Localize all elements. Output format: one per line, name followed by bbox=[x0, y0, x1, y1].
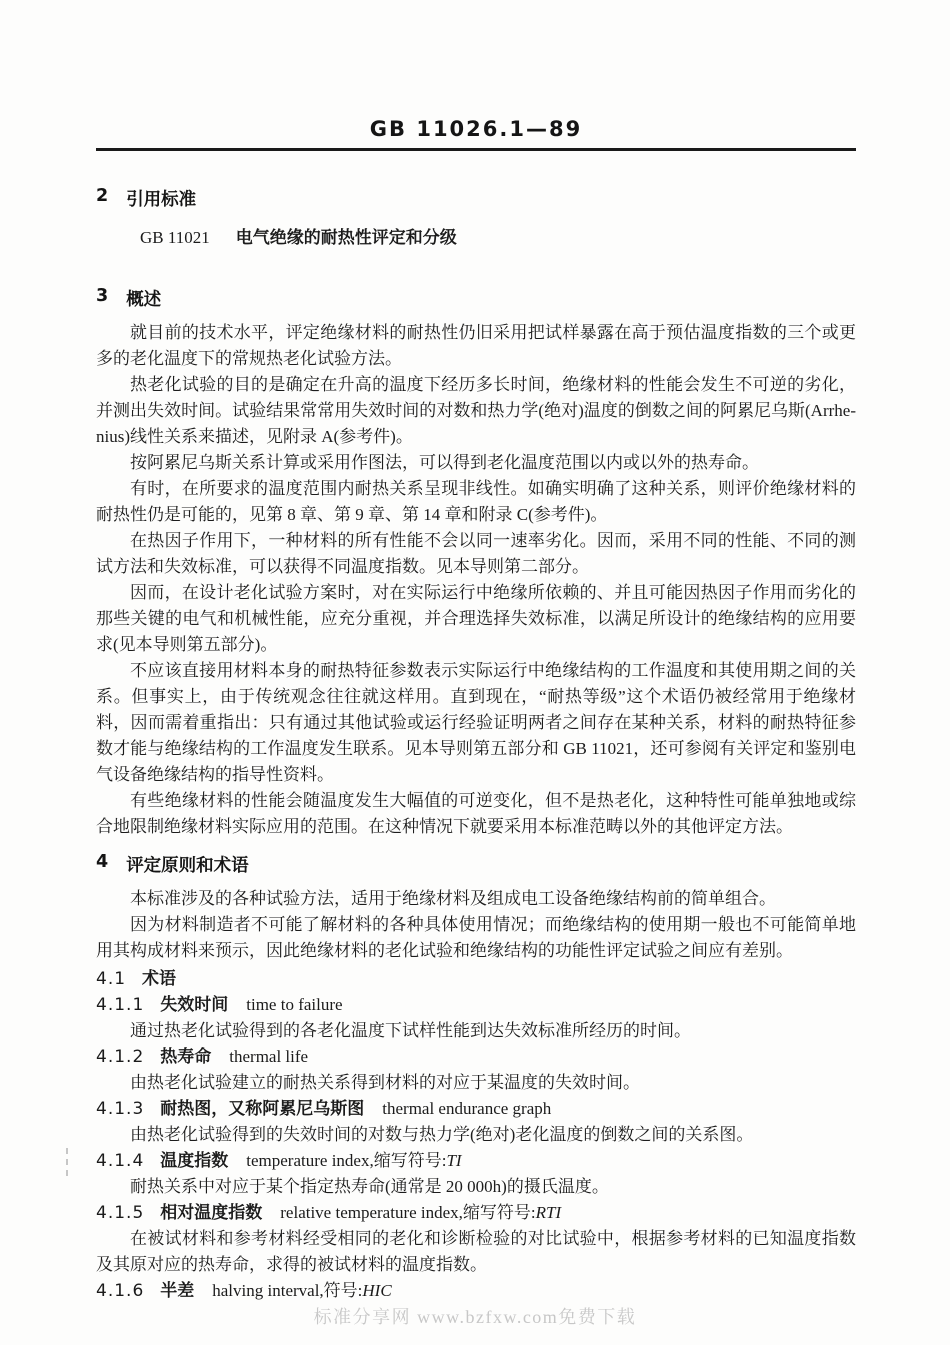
term-entry-heading: 4.1.5 相对温度指数 relative temperature index,… bbox=[96, 1200, 856, 1226]
term-number: 4.1.3 bbox=[96, 1096, 144, 1122]
referenced-standard-title: 电气绝缘的耐热性评定和分级 bbox=[236, 228, 457, 247]
section-4-body: 本标准涉及的各种试验方法，适用于绝缘材料及组成电工设备绝缘结构前的简单组合。 因… bbox=[96, 886, 856, 964]
paragraph: 在热因子作用下，一种材料的所有性能不会以同一速率劣化。因而，采用不同的性能、不同… bbox=[96, 528, 856, 580]
paragraph: 本标准涉及的各种试验方法，适用于绝缘材料及组成电工设备绝缘结构前的简单组合。 bbox=[96, 886, 856, 912]
term-entry-heading: 4.1.2 热寿命 thermal life bbox=[96, 1044, 856, 1070]
term-chinese: 失效时间 bbox=[160, 992, 228, 1018]
paragraph: 因为材料制造者不可能了解材料的各种具体使用情况；而绝缘结构的使用期一般也不可能简… bbox=[96, 912, 856, 964]
clause-4-1-heading: 4.1 术语 bbox=[96, 966, 856, 992]
term-definition: 通过热老化试验得到的各老化温度下试样性能到达失效标准所经历的时间。 bbox=[96, 1018, 856, 1044]
term-definition: 在被试材料和参考材料经受相同的老化和诊断检验的对比试验中，根据参考材料的已知温度… bbox=[96, 1226, 856, 1278]
paragraph: 因而，在设计老化试验方案时，对在实际运行中绝缘所依赖的、并且可能因热因子作用而劣… bbox=[96, 580, 856, 658]
term-number: 4.1.2 bbox=[96, 1044, 144, 1070]
term-symbol: HIC bbox=[362, 1278, 391, 1304]
term-number: 4.1.4 bbox=[96, 1148, 144, 1174]
header-rule bbox=[96, 148, 856, 151]
clause-4-1-number: 4.1 bbox=[96, 966, 126, 992]
term-english: temperature index,缩写符号: bbox=[246, 1148, 446, 1174]
section-4-title: 评定原则和术语 bbox=[126, 852, 249, 877]
page-content: GB 11026.1—89 2 引用标准 GB 11021电气绝缘的耐热性评定和… bbox=[96, 0, 856, 1304]
term-chinese: 半差 bbox=[160, 1278, 194, 1304]
watermark: 标准分享网 www.bzfxw.com免费下载 bbox=[0, 1303, 950, 1329]
paragraph: 热老化试验的目的是确定在升高的温度下经历多长时间，绝缘材料的性能会发生不可逆的劣… bbox=[96, 372, 856, 450]
term-definition: 由热老化试验建立的耐热关系得到材料的对应于某温度的失效时间。 bbox=[96, 1070, 856, 1096]
term-symbol: TI bbox=[446, 1148, 461, 1174]
term-entry-heading: 4.1.6 半差 halving interval,符号:HIC bbox=[96, 1278, 856, 1304]
paragraph: 不应该直接用材料本身的耐热特征参数表示实际运行中绝缘结构的工作温度和其使用期之间… bbox=[96, 658, 856, 788]
referenced-standard: GB 11021电气绝缘的耐热性评定和分级 bbox=[96, 225, 856, 251]
paragraph: 有时，在所要求的温度范围内耐热关系呈现非线性。如确实明确了这种关系，则评价绝缘材… bbox=[96, 476, 856, 528]
term-chinese: 相对温度指数 bbox=[160, 1200, 262, 1226]
term-english: thermal life bbox=[229, 1044, 308, 1070]
section-4-heading: 4 评定原则和术语 bbox=[96, 852, 856, 877]
term-definition: 由热老化试验得到的失效时间的对数与热力学(绝对)老化温度的倒数之间的关系图。 bbox=[96, 1122, 856, 1148]
term-chinese: 热寿命 bbox=[160, 1044, 211, 1070]
term-english: relative temperature index,缩写符号: bbox=[280, 1200, 535, 1226]
scan-artifact-mark bbox=[66, 1148, 68, 1176]
paragraph: 就目前的技术水平，评定绝缘材料的耐热性仍旧采用把试样暴露在高于预估温度指数的三个… bbox=[96, 320, 856, 372]
section-2-heading: 2 引用标准 bbox=[96, 186, 856, 211]
term-entry-heading: 4.1.1 失效时间 time to failure bbox=[96, 992, 856, 1018]
term-chinese: 温度指数 bbox=[160, 1148, 228, 1174]
referenced-standard-number: GB 11021 bbox=[140, 228, 210, 247]
section-4-number: 4 bbox=[96, 852, 108, 877]
term-number: 4.1.1 bbox=[96, 992, 144, 1018]
term-chinese: 耐热图，又称阿累尼乌斯图 bbox=[160, 1096, 364, 1122]
section-2-number: 2 bbox=[96, 186, 108, 211]
section-3-heading: 3 概述 bbox=[96, 286, 856, 311]
section-2-title: 引用标准 bbox=[126, 186, 196, 211]
section-3-number: 3 bbox=[96, 286, 108, 311]
section-3-body: 就目前的技术水平，评定绝缘材料的耐热性仍旧采用把试样暴露在高于预估温度指数的三个… bbox=[96, 320, 856, 840]
term-english: time to failure bbox=[246, 992, 342, 1018]
term-symbol: RTI bbox=[536, 1200, 562, 1226]
term-number: 4.1.6 bbox=[96, 1278, 144, 1304]
scanned-standard-page: GB 11026.1—89 2 引用标准 GB 11021电气绝缘的耐热性评定和… bbox=[0, 0, 950, 1345]
clause-4-1-title: 术语 bbox=[142, 966, 176, 992]
term-number: 4.1.5 bbox=[96, 1200, 144, 1226]
term-definition: 耐热关系中对应于某个指定热寿命(通常是 20 000h)的摄氏温度。 bbox=[96, 1174, 856, 1200]
term-english: thermal endurance graph bbox=[382, 1096, 551, 1122]
paragraph: 有些绝缘材料的性能会随温度发生大幅值的可逆变化，但不是热老化，这种特性可能单独地… bbox=[96, 788, 856, 840]
term-entry-heading: 4.1.3 耐热图，又称阿累尼乌斯图 thermal endurance gra… bbox=[96, 1096, 856, 1122]
paragraph: 按阿累尼乌斯关系计算或采用作图法，可以得到老化温度范围以内或以外的热寿命。 bbox=[96, 450, 856, 476]
terms-list: 4.1.1 失效时间 time to failure 通过热老化试验得到的各老化… bbox=[96, 992, 856, 1304]
section-3-title: 概述 bbox=[126, 286, 161, 311]
term-entry-heading: 4.1.4 温度指数 temperature index,缩写符号:TI bbox=[96, 1148, 856, 1174]
standard-number: GB 11026.1—89 bbox=[96, 0, 856, 141]
term-english: halving interval,符号: bbox=[212, 1278, 362, 1304]
